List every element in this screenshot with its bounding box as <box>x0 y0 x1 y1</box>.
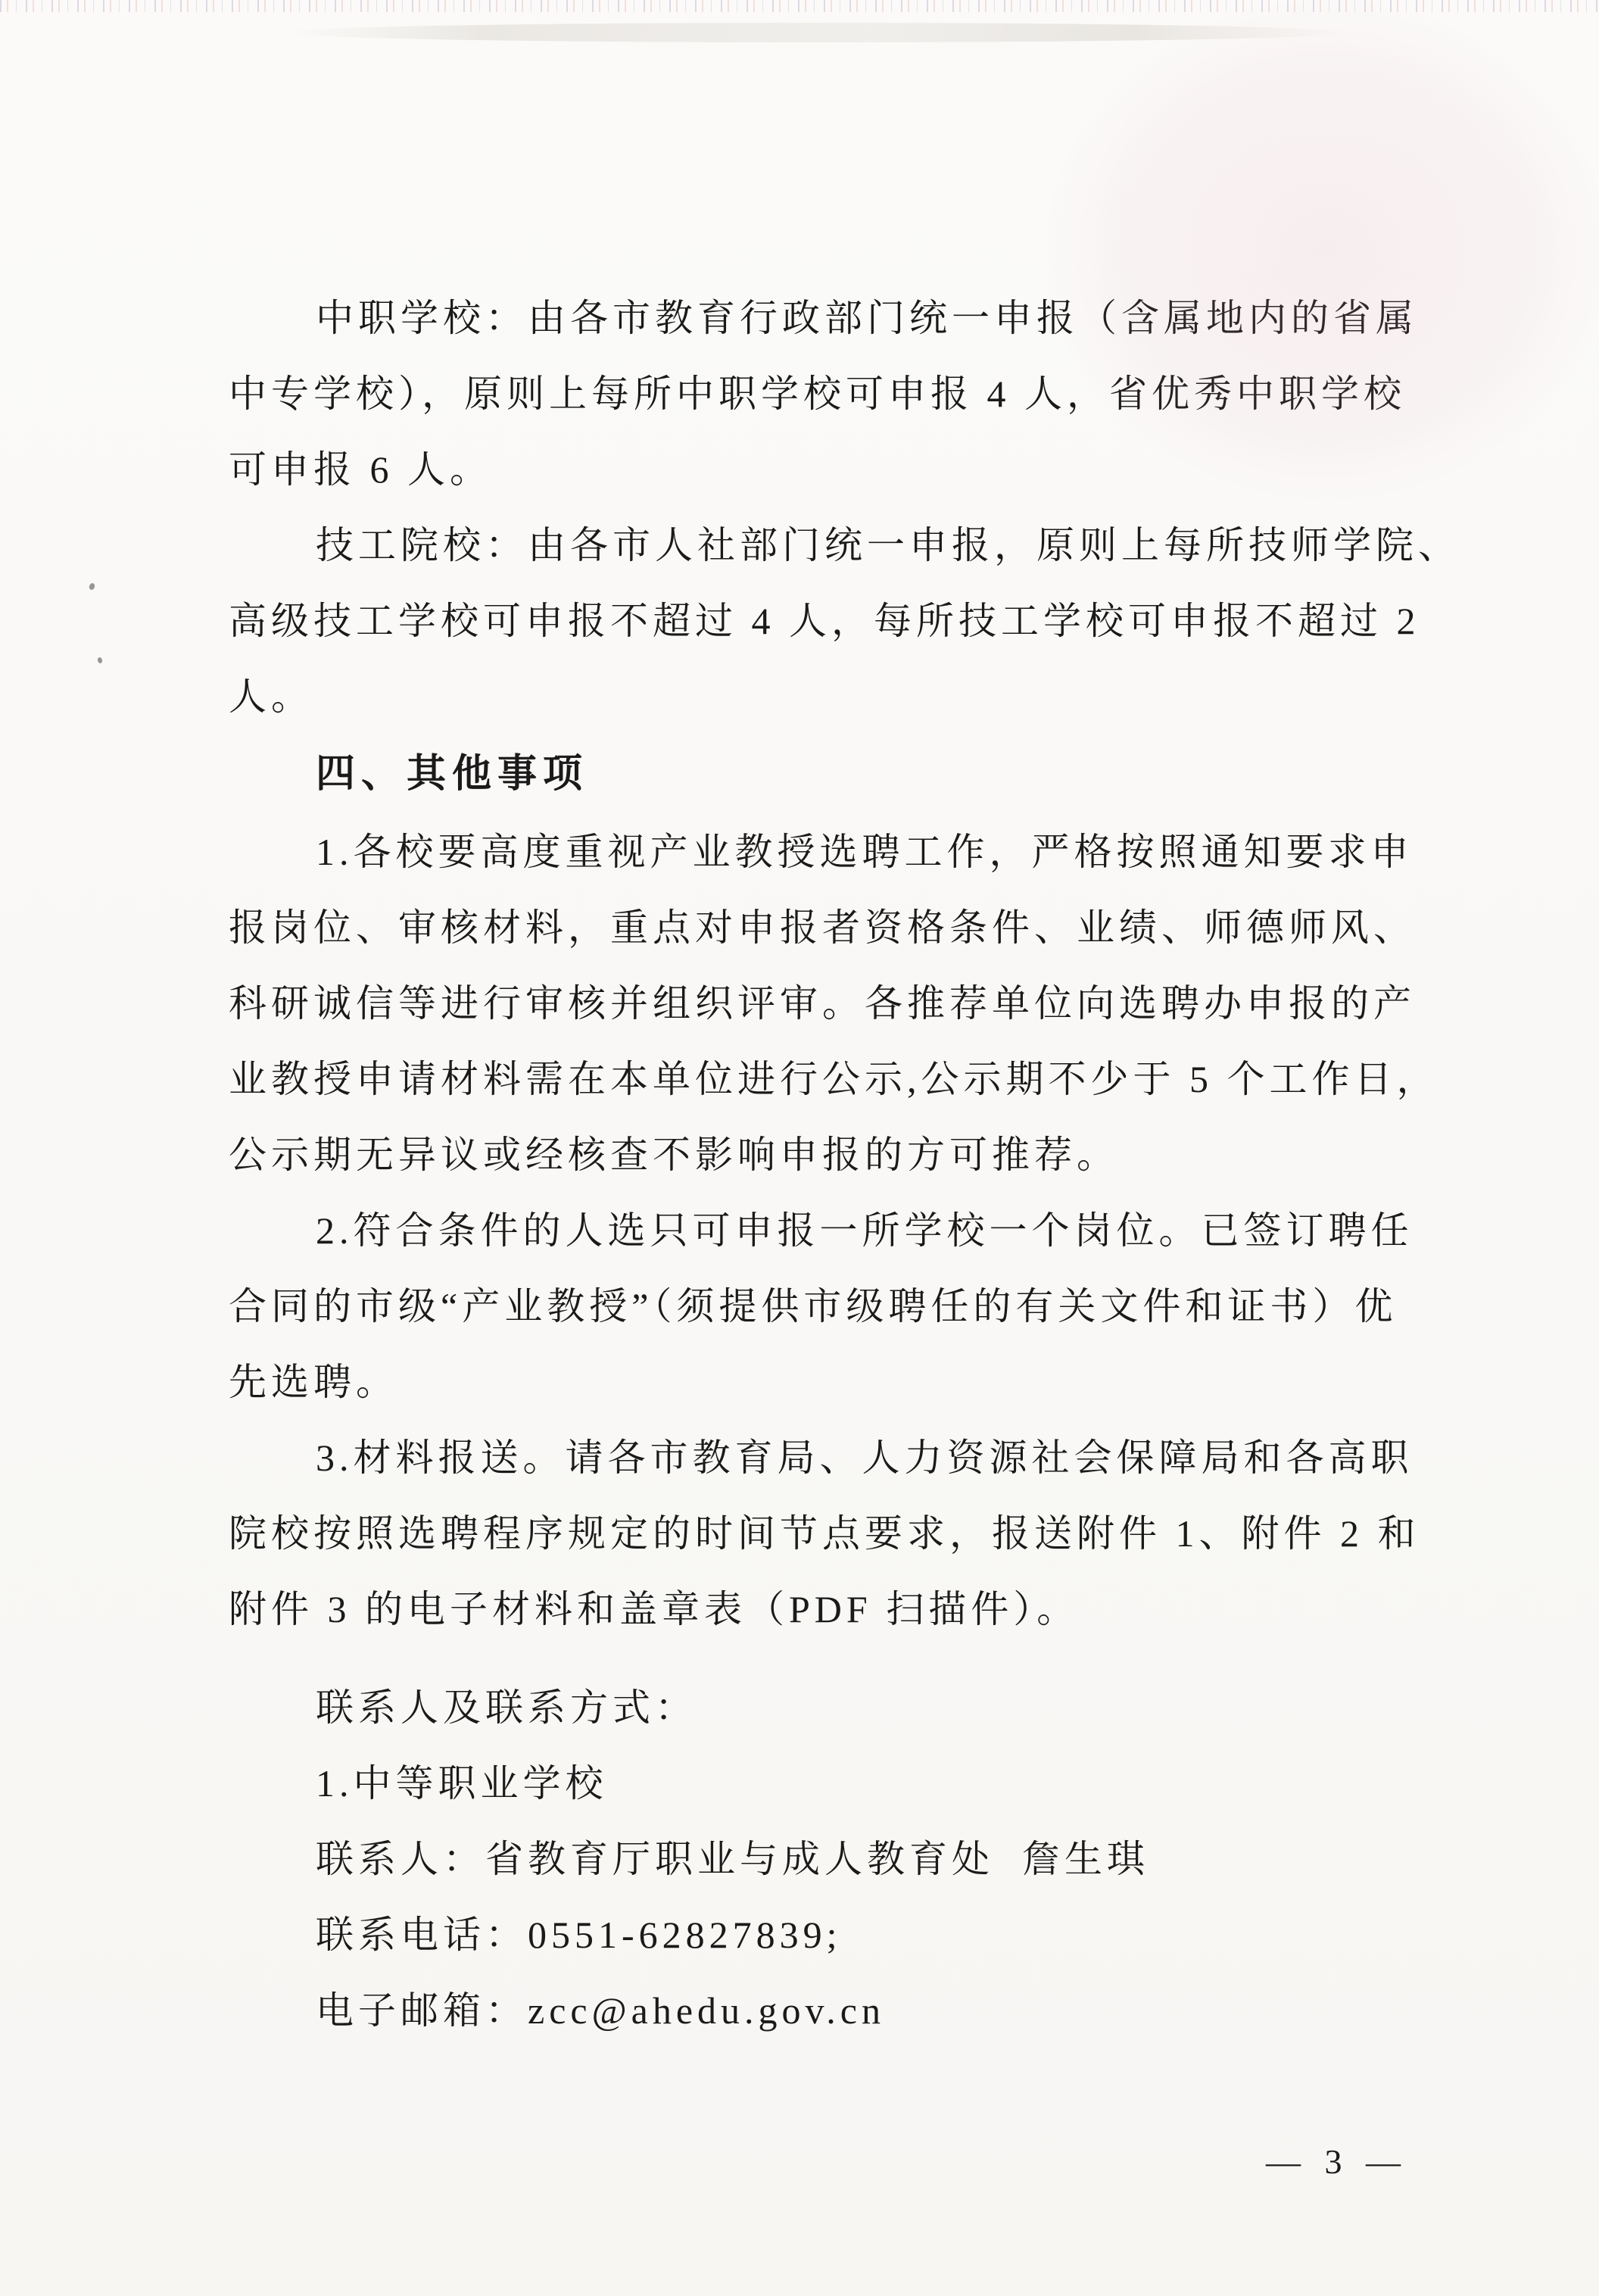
contact-person-line: 联系人：省教育厅职业与成人教育处 詹生琪 <box>229 1821 1425 1897</box>
para-item2-line: 合同的市级“产业教授”（须提供市级聘任的有关文件和证书）优 <box>229 1268 1425 1344</box>
para-item2-line: 2.符合条件的人选只可申报一所学校一个岗位。已签订聘任 <box>229 1193 1425 1268</box>
contact-phone-line: 联系电话：0551-62827839; <box>229 1897 1425 1973</box>
scan-speck <box>97 657 103 663</box>
para-item1-line: 业教授申请材料需在本单位进行公示,公示期不少于 5 个工作日， <box>229 1041 1425 1117</box>
section-heading-other-matters: 四、其他事项 <box>229 735 1425 814</box>
contact-header-line: 联系人及联系方式： <box>229 1670 1425 1745</box>
para-item1-line: 科研诚信等进行审核并组织评审。各推荐单位向选聘办申报的产 <box>229 966 1425 1041</box>
scan-artifact-pink-tint <box>948 0 1599 591</box>
para-item1-line: 报岗位、审核材料，重点对申报者资格条件、业绩、师德师风、 <box>229 890 1425 966</box>
page-number: — 3 — <box>229 2139 1425 2185</box>
scanned-document-page: 中职学校：由各市教育行政部门统一申报（含属地内的省属 中专学校），原则上每所中职… <box>0 0 1599 2296</box>
para-item3-line: 3.材料报送。请各市教育局、人力资源社会保障局和各高职 <box>229 1420 1425 1496</box>
para-jigong-line: 高级技工学校可申报不超过 4 人，每所技工学校可申报不超过 2 <box>229 583 1425 659</box>
scan-speck <box>89 582 96 591</box>
para-item1-line: 1.各校要高度重视产业教授选聘工作，严格按照通知要求申 <box>229 814 1425 890</box>
para-item2-line: 先选聘。 <box>229 1344 1425 1420</box>
para-item3-line: 附件 3 的电子材料和盖章表（PDF 扫描件）。 <box>229 1571 1425 1647</box>
contact-school-type-line: 1.中等职业学校 <box>229 1745 1425 1821</box>
para-jigong-line: 人。 <box>229 659 1425 735</box>
para-item3-line: 院校按照选聘程序规定的时间节点要求，报送附件 1、附件 2 和 <box>229 1496 1425 1571</box>
contact-email-line: 电子邮箱：zcc@ahedu.gov.cn <box>229 1973 1425 2048</box>
para-item1-line: 公示期无异议或经核查不影响申报的方可推荐。 <box>229 1117 1425 1193</box>
